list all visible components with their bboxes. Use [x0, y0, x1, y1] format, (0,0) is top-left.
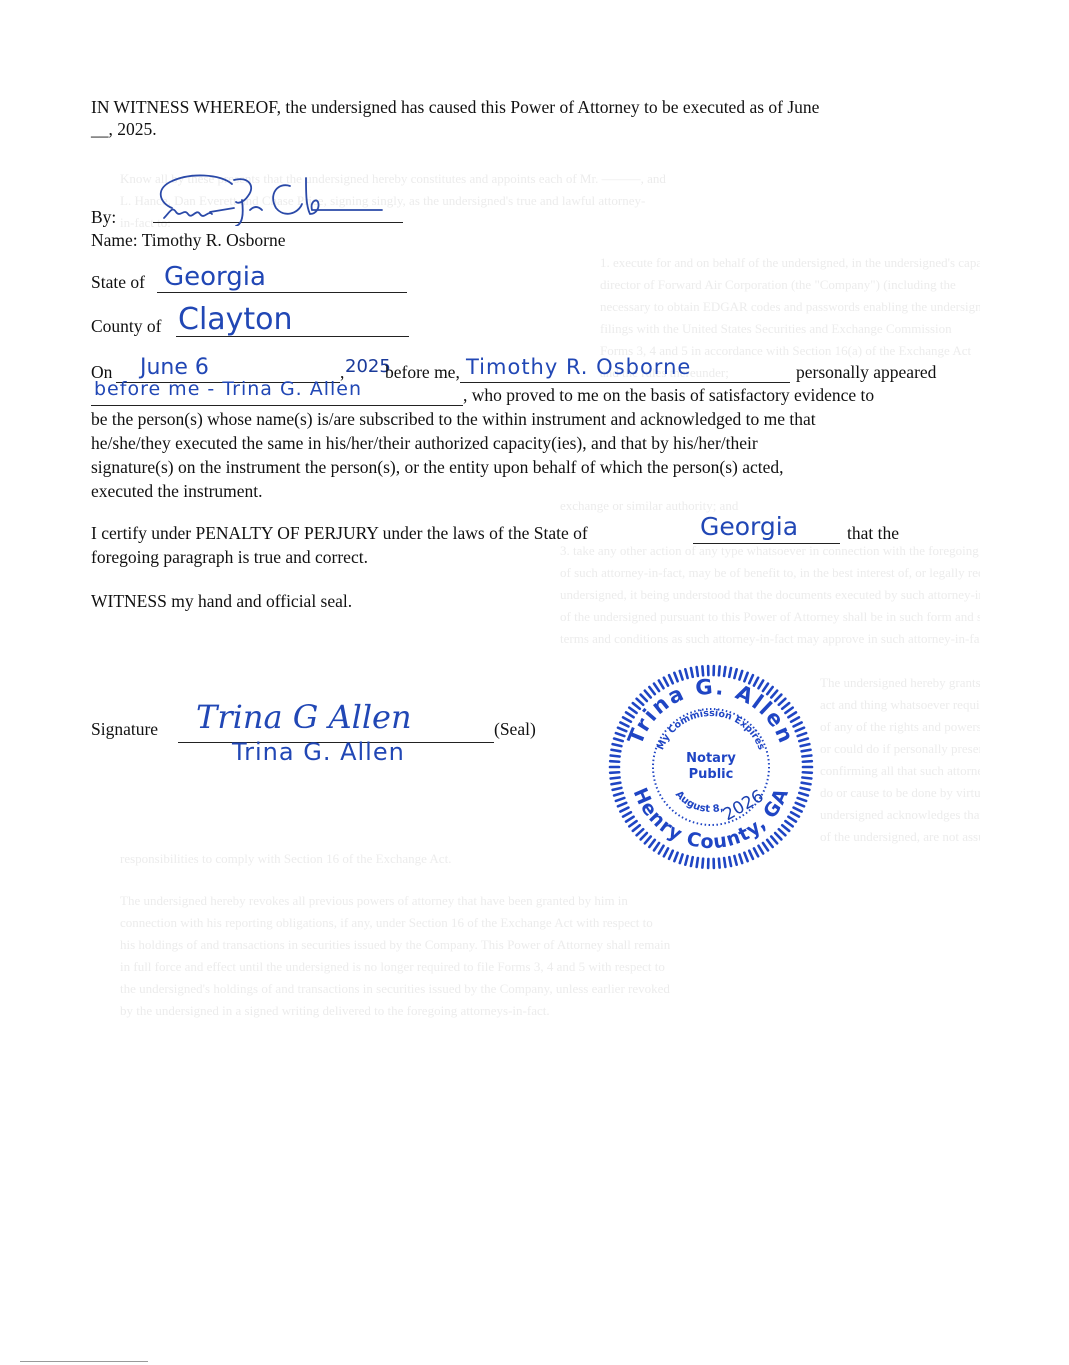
- ack-year-handwritten: 2025: [345, 356, 391, 377]
- bleed-through-text: undersigned acknowledges that the forego…: [820, 804, 980, 826]
- county-handwritten-value: Clayton: [178, 302, 293, 337]
- bleed-through-text: in full force and effect until the under…: [120, 956, 980, 978]
- bleed-through-text: his holdings of and transactions in secu…: [120, 934, 980, 956]
- signature-label: Signature: [91, 718, 158, 740]
- witness-clause-line1: IN WITNESS WHEREOF, the undersigned has …: [91, 96, 819, 118]
- notary-signature: Trina G Allen: [196, 698, 412, 736]
- bleed-through-text: The undersigned hereby revokes all previ…: [120, 890, 980, 912]
- county-label: County of: [91, 315, 162, 337]
- perjury-line1-suffix: that the: [847, 522, 899, 544]
- bleed-through-text: The undersigned hereby grants to each su…: [820, 672, 980, 694]
- ack-before-me-label: before me,: [385, 361, 460, 383]
- osborne-signature: [150, 168, 390, 226]
- witness-clause-line2: __, 2025.: [91, 118, 157, 140]
- seal-center-notary: Notary: [686, 751, 736, 766]
- bleed-through-text: of the undersigned pursuant to this Powe…: [560, 606, 980, 628]
- notary-seal: Trina G. Allen Henry County, GA My Commi…: [608, 664, 814, 870]
- bleed-through-text: filings with the United States Securitie…: [600, 318, 980, 340]
- footer-rule: [20, 1361, 148, 1362]
- ack-body-line: signature(s) on the instrument the perso…: [91, 456, 784, 478]
- seal-commission-label: My Commission Expires: [655, 708, 767, 752]
- ack-proved-text: , who proved to me on the basis of satis…: [463, 384, 874, 406]
- ack-body-line: he/she/they executed the same in his/her…: [91, 432, 758, 454]
- bleed-through-text: connection with his reporting obligation…: [120, 912, 980, 934]
- bleed-through-text: or could do if personally present, with …: [820, 738, 980, 760]
- bleed-through-text: of any of the rights and powers herein g…: [820, 716, 980, 738]
- seal-expires-date: August 8,: [673, 789, 725, 815]
- bleed-through-text: director of Forward Air Corporation (the…: [600, 274, 980, 296]
- bleed-through-text: of the undersigned, are not assuming, no…: [820, 826, 980, 848]
- bleed-through-text: responsibilities to comply with Section …: [120, 848, 980, 870]
- bleed-through-text: 1. execute for and on behalf of the unde…: [600, 252, 980, 274]
- bleed-through-text: undersigned, it being understood that th…: [560, 584, 980, 606]
- ack-notary-handwritten: before me - Trina G. Allen: [94, 378, 362, 400]
- bleed-through-text: act and thing whatsoever requisite, nece…: [820, 694, 980, 716]
- ack-body-line: executed the instrument.: [91, 480, 263, 502]
- bleed-through-text: confirming all that such attorney-in-fac…: [820, 760, 980, 782]
- perjury-line2: foregoing paragraph is true and correct.: [91, 546, 368, 568]
- svg-text:August 8,: August 8,: [673, 789, 725, 815]
- witness-seal-line: WITNESS my hand and official seal.: [91, 590, 352, 612]
- by-label: By:: [91, 206, 116, 228]
- bleed-through-text: by the undersigned in a signed writing d…: [120, 1000, 980, 1022]
- printed-name-handwritten: Trina G. Allen: [232, 738, 405, 766]
- perjury-state-handwritten: Georgia: [700, 512, 798, 541]
- name-line: Name: Timothy R. Osborne: [91, 229, 285, 251]
- bleed-through-text: the undersigned's holdings of and transa…: [120, 978, 980, 1000]
- ack-date-handwritten: June 6: [140, 355, 209, 380]
- bleed-through-text: do or cause to be done by virtue of this…: [820, 782, 980, 804]
- state-handwritten-value: Georgia: [164, 262, 266, 292]
- bleed-through-text: of such attorney-in-fact, may be of bene…: [560, 562, 980, 584]
- ack-signer-handwritten: Timothy R. Osborne: [466, 355, 691, 379]
- seal-center-public: Public: [689, 767, 734, 782]
- svg-text:My Commission Expires: My Commission Expires: [655, 708, 767, 752]
- perjury-line1-prefix: I certify under PENALTY OF PERJURY under…: [91, 522, 588, 544]
- state-label: State of: [91, 271, 145, 293]
- bleed-through-text: terms and conditions as such attorney-in…: [560, 628, 980, 650]
- ack-body-line: be the person(s) whose name(s) is/are su…: [91, 408, 816, 430]
- bleed-through-text: necessary to obtain EDGAR codes and pass…: [600, 296, 980, 318]
- ack-personally-appeared: personally appeared: [796, 361, 936, 383]
- seal-label: (Seal): [494, 718, 536, 740]
